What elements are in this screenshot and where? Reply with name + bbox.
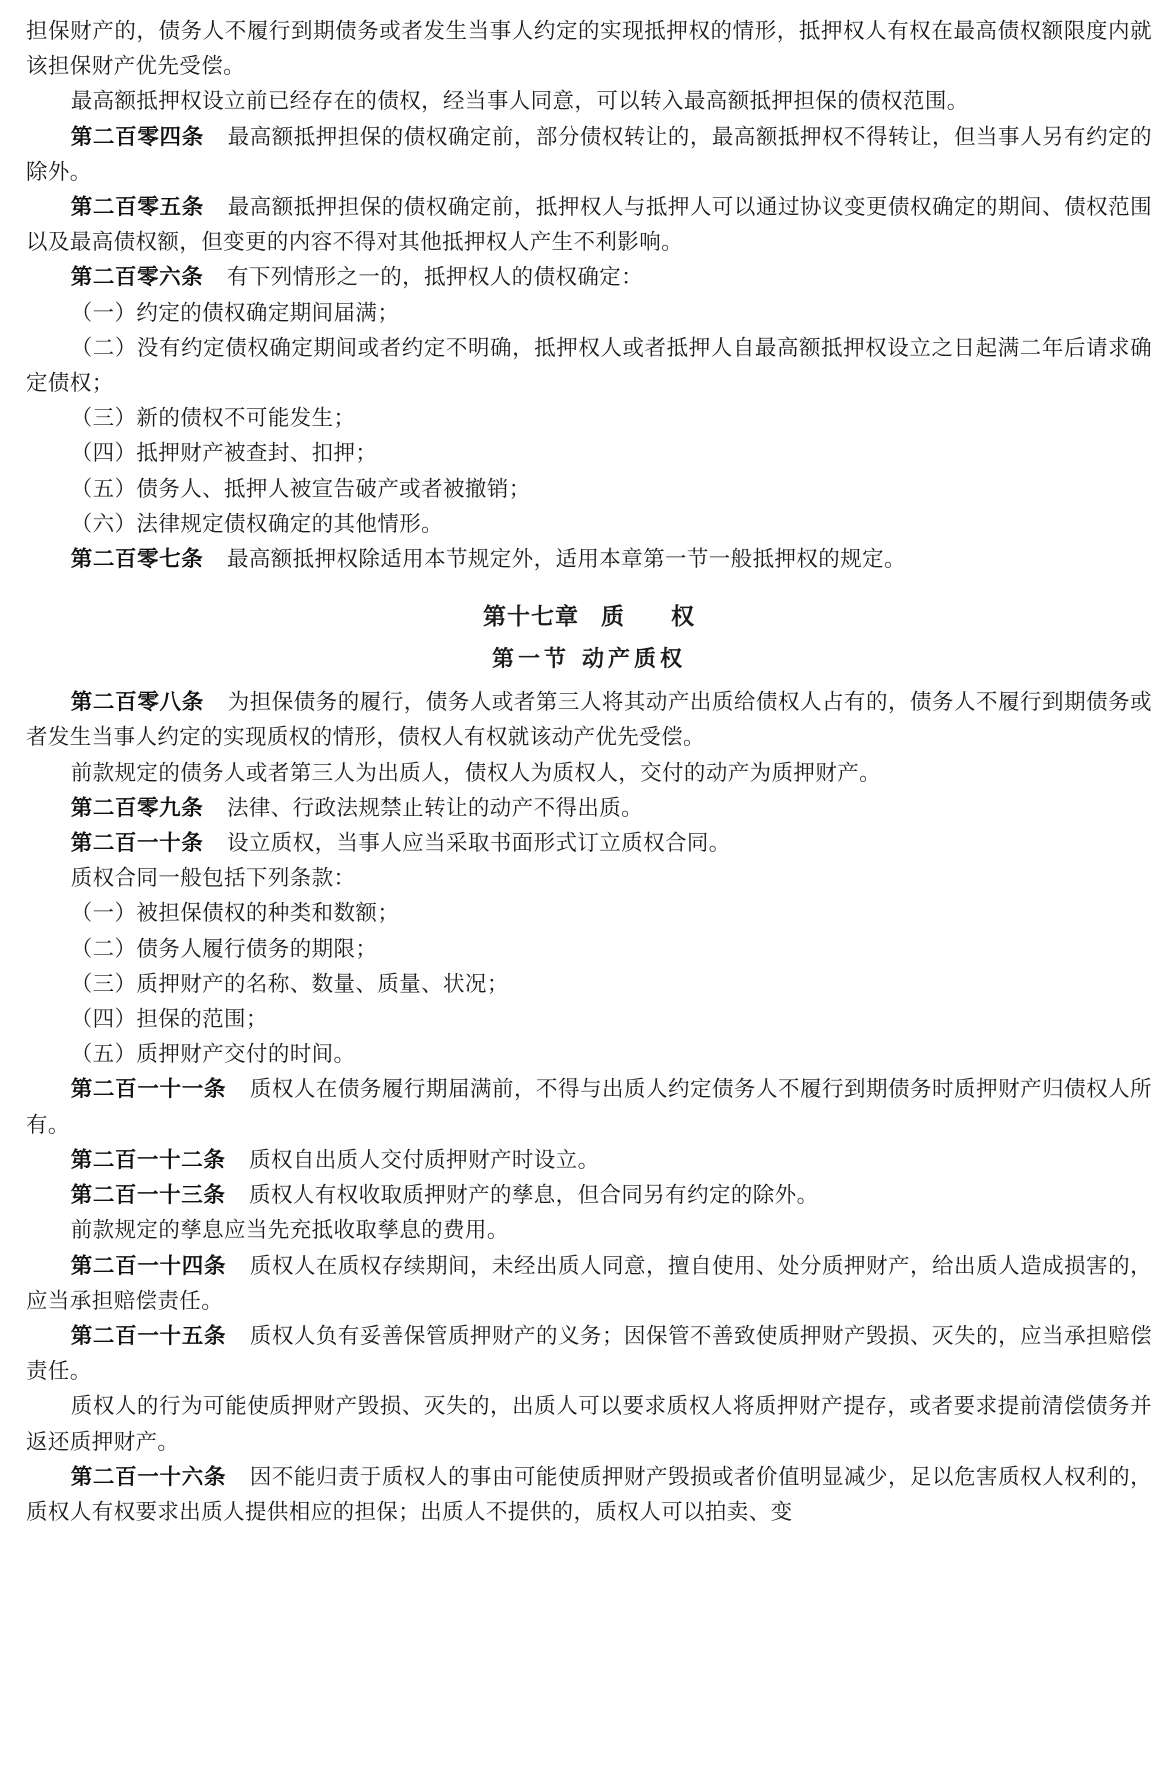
article-text: 有下列情形之一的，抵押权人的债权确定：: [227, 265, 643, 290]
paragraph: 最高额抵押权设立前已经存在的债权，经当事人同意，可以转入最高额抵押担保的债权范围…: [26, 84, 1152, 119]
article-number: 第二百一十四条: [71, 1254, 226, 1279]
article-212: 第二百一十二条质权自出质人交付质押财产时设立。: [26, 1143, 1152, 1178]
section-number: 第一节: [492, 646, 570, 672]
article-207: 第二百零七条最高额抵押权除适用本节规定外，适用本章第一节一般抵押权的规定。: [26, 542, 1152, 577]
article-number: 第二百零四条: [71, 125, 204, 150]
document-page: 担保财产的，债务人不履行到期债务或者发生当事人约定的实现抵押权的情形，抵押权人有…: [26, 14, 1152, 1530]
article-205: 第二百零五条最高额抵押担保的债权确定前，抵押权人与抵押人可以通过协议变更债权确定…: [26, 190, 1152, 260]
paragraph: 质权合同一般包括下列条款：: [26, 861, 1152, 896]
chapter-title-part1: 质: [601, 604, 625, 630]
article-text: 设立质权，当事人应当采取书面形式订立质权合同。: [227, 831, 731, 856]
list-item: （三）质押财产的名称、数量、质量、状况；: [26, 967, 1152, 1002]
article-214: 第二百一十四条质权人在质权存续期间，未经出质人同意，擅自使用、处分质押财产，给出…: [26, 1249, 1152, 1319]
article-number: 第二百零七条: [71, 547, 204, 572]
article-number: 第二百一十六条: [71, 1465, 226, 1490]
article-number: 第二百零八条: [71, 690, 204, 715]
list-item: （二）债务人履行债务的期限；: [26, 932, 1152, 967]
chapter-title-part2: 权: [671, 604, 695, 630]
article-204: 第二百零四条最高额抵押担保的债权确定前，部分债权转让的，最高额抵押权不得转让，但…: [26, 120, 1152, 190]
list-item: （四）担保的范围；: [26, 1002, 1152, 1037]
section-title: 动产质权: [582, 646, 686, 672]
article-206: 第二百零六条有下列情形之一的，抵押权人的债权确定：: [26, 260, 1152, 295]
article-208: 第二百零八条为担保债务的履行，债务人或者第三人将其动产出质给债权人占有的，债务人…: [26, 685, 1152, 755]
article-number: 第二百零五条: [71, 195, 204, 220]
paragraph: 前款规定的孳息应当先充抵收取孳息的费用。: [26, 1213, 1152, 1248]
article-211: 第二百一十一条质权人在债务履行期届满前，不得与出质人约定债务人不履行到期债务时质…: [26, 1072, 1152, 1142]
article-text: 最高额抵押权除适用本节规定外，适用本章第一节一般抵押权的规定。: [227, 547, 906, 572]
list-item: （一）约定的债权确定期间届满；: [26, 296, 1152, 331]
article-213: 第二百一十三条质权人有权收取质押财产的孳息，但合同另有约定的除外。: [26, 1178, 1152, 1213]
list-item: （六）法律规定债权确定的其他情形。: [26, 507, 1152, 542]
article-215: 第二百一十五条质权人负有妥善保管质押财产的义务；因保管不善致使质押财产毁损、灭失…: [26, 1319, 1152, 1389]
article-number: 第二百零六条: [71, 265, 204, 290]
chapter-number: 第十七章: [483, 604, 579, 630]
list-item: （五）质押财产交付的时间。: [26, 1037, 1152, 1072]
article-number: 第二百一十三条: [71, 1183, 226, 1208]
paragraph: 前款规定的债务人或者第三人为出质人，债权人为质权人，交付的动产为质押财产。: [26, 756, 1152, 791]
article-number: 第二百一十二条: [71, 1148, 226, 1173]
list-item: （三）新的债权不可能发生；: [26, 401, 1152, 436]
article-number: 第二百零九条: [71, 796, 204, 821]
article-210: 第二百一十条设立质权，当事人应当采取书面形式订立质权合同。: [26, 826, 1152, 861]
section-heading: 第一节动产质权: [26, 639, 1152, 679]
article-number: 第二百一十一条: [71, 1077, 226, 1102]
paragraph-continuation: 担保财产的，债务人不履行到期债务或者发生当事人约定的实现抵押权的情形，抵押权人有…: [26, 14, 1152, 84]
chapter-heading: 第十七章质权: [26, 597, 1152, 637]
article-text: 法律、行政法规禁止转让的动产不得出质。: [227, 796, 643, 821]
list-item: （四）抵押财产被查封、扣押；: [26, 436, 1152, 471]
article-number: 第二百一十条: [71, 831, 204, 856]
list-item: （五）债务人、抵押人被宣告破产或者被撤销；: [26, 472, 1152, 507]
article-text: 质权自出质人交付质押财产时设立。: [249, 1148, 599, 1173]
article-number: 第二百一十五条: [71, 1324, 226, 1349]
paragraph: 质权人的行为可能使质押财产毁损、灭失的，出质人可以要求质权人将质押财产提存，或者…: [26, 1389, 1152, 1459]
article-209: 第二百零九条法律、行政法规禁止转让的动产不得出质。: [26, 791, 1152, 826]
list-item: （一）被担保债权的种类和数额；: [26, 896, 1152, 931]
article-216: 第二百一十六条因不能归责于质权人的事由可能使质押财产毁损或者价值明显减少，足以危…: [26, 1460, 1152, 1530]
article-text: 质权人有权收取质押财产的孳息，但合同另有约定的除外。: [249, 1183, 818, 1208]
list-item: （二）没有约定债权确定期间或者约定不明确，抵押权人或者抵押人自最高额抵押权设立之…: [26, 331, 1152, 401]
